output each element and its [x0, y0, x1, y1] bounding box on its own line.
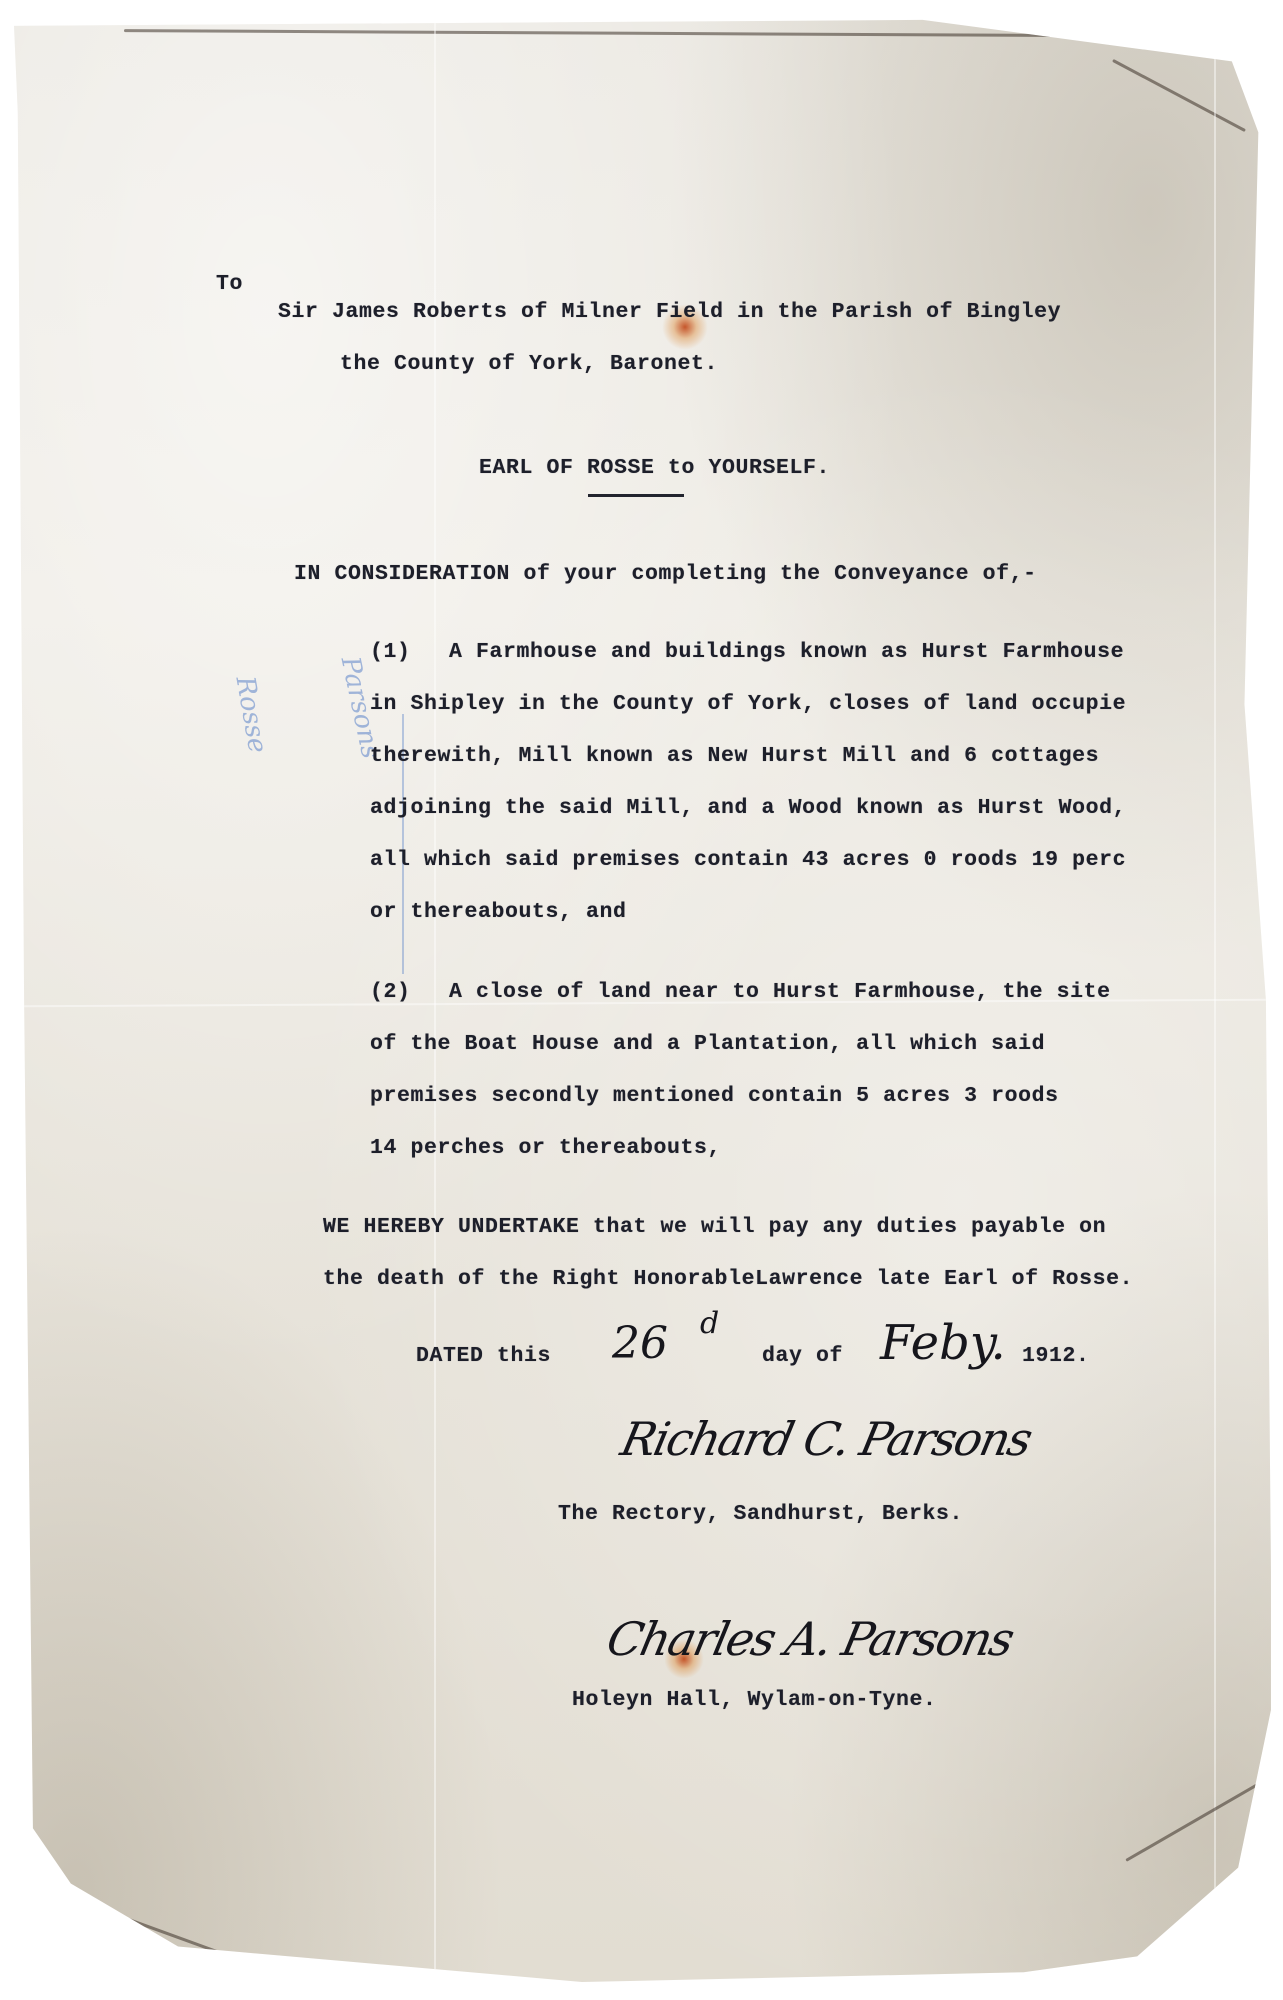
- signature-1: Richard C. Parsons: [616, 1412, 1035, 1466]
- dated-day-handwritten: 26: [612, 1318, 668, 1369]
- salutation: To: [216, 272, 243, 296]
- document-title: EARL OF ROSSE to YOURSELF.: [479, 456, 830, 480]
- pencil-note-rosse: Rosse: [229, 674, 272, 755]
- dated-prefix: DATED this: [416, 1344, 551, 1368]
- item-1-line-4: adjoining the said Mill, and a Wood know…: [370, 796, 1126, 820]
- signatory-1-address: The Rectory, Sandhurst, Berks.: [558, 1502, 963, 1526]
- item-1-line-5: all which said premises contain 43 acres…: [370, 848, 1126, 872]
- crease-vertical-right: [1214, 14, 1216, 1986]
- item-1-line-6: or thereabouts, and: [370, 900, 627, 924]
- undertaking-line-1: WE HEREBY UNDERTAKE that we will pay any…: [323, 1215, 1106, 1239]
- item-2-line-2: of the Boat House and a Plantation, all …: [370, 1032, 1045, 1056]
- dated-month-handwritten: Feby.: [880, 1315, 1006, 1371]
- item-1-line-1: A Farmhouse and buildings known as Hurst…: [449, 640, 1124, 664]
- item-2-line-1: A close of land near to Hurst Farmhouse,…: [449, 980, 1111, 1004]
- fold-shadow-top-right: [1112, 59, 1246, 132]
- dated-year: 1912.: [1022, 1344, 1090, 1368]
- addressee-line-1: Sir James Roberts of Milner Field in the…: [278, 300, 1061, 324]
- fold-shadow-bottom-right: [1125, 1769, 1282, 1862]
- dated-middle: day of: [762, 1344, 843, 1368]
- undertaking-line-2: the death of the Right HonorableLawrence…: [323, 1267, 1133, 1291]
- item-2-number: (2): [370, 980, 411, 1004]
- consideration-intro: IN CONSIDERATION of your completing the …: [294, 562, 1037, 586]
- item-1-number: (1): [370, 640, 411, 664]
- signatory-2-address: Holeyn Hall, Wylam-on-Tyne.: [572, 1688, 937, 1712]
- item-2-line-3: premises secondly mentioned contain 5 ac…: [370, 1084, 1059, 1108]
- fold-shadow-bottom-left: [50, 1890, 267, 1971]
- fold-shadow-top: [124, 29, 1224, 38]
- title-underline: [588, 494, 684, 497]
- dated-day-suffix-handwritten: d: [700, 1306, 719, 1341]
- item-2-line-4: 14 perches or thereabouts,: [370, 1136, 721, 1160]
- item-1-line-3: therewith, Mill known as New Hurst Mill …: [370, 744, 1099, 768]
- item-1-line-2: in Shipley in the County of York, closes…: [370, 692, 1126, 716]
- addressee-line-2: the County of York, Baronet.: [340, 352, 718, 376]
- signature-2: Charles A. Parsons: [602, 1612, 1017, 1666]
